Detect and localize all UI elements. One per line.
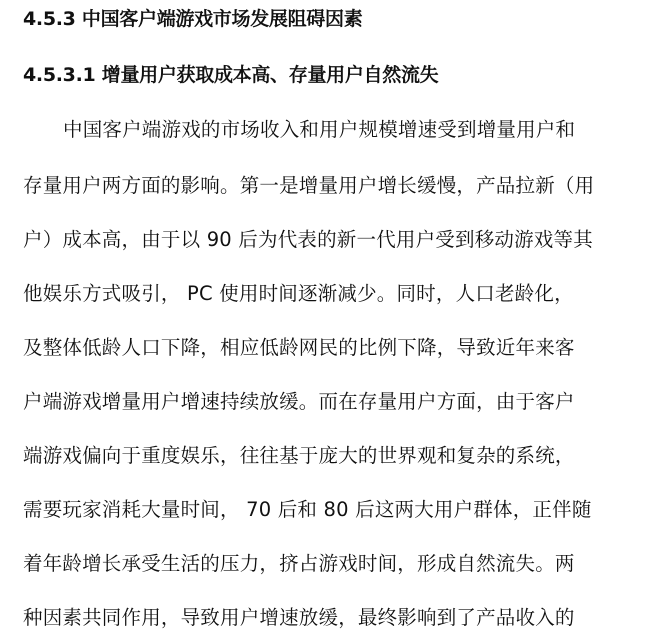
paragraph-line: 户）成本高，由于以 90 后为代表的新一代用户受到移动游戏等其: [23, 227, 593, 253]
paragraph-line: 中国客户端游戏的市场收入和用户规模增速受到增量用户和: [63, 117, 575, 143]
paragraph-line: 着年龄增长承受生活的压力，挤占游戏时间，形成自然流失。两: [23, 551, 575, 577]
paragraph-line: 存量用户两方面的影响。第一是增量用户增长缓慢，产品拉新（用: [23, 173, 594, 199]
document-page: 4.5.3 中国客户端游戏市场发展阻碍因素 4.5.3.1 增量用户获取成本高、…: [0, 0, 650, 635]
subsection-heading: 4.5.3.1 增量用户获取成本高、存量用户自然流失: [23, 62, 438, 88]
section-heading: 4.5.3 中国客户端游戏市场发展阻碍因素: [23, 6, 362, 32]
paragraph-line: 需要玩家消耗大量时间， 70 后和 80 后这两大用户群体，正伴随: [23, 497, 592, 523]
paragraph-line: 他娱乐方式吸引， PC 使用时间逐渐减少。同时，人口老龄化，: [23, 281, 574, 307]
paragraph-line: 种因素共同作用，导致用户增速放缓，最终影响到了产品收入的: [23, 605, 575, 631]
paragraph-line: 及整体低龄人口下降，相应低龄网民的比例下降，导致近年来客: [23, 335, 575, 361]
paragraph-line: 户端游戏增量用户增速持续放缓。而在存量用户方面，由于客户: [23, 389, 575, 415]
paragraph-line: 端游戏偏向于重度娱乐，往往基于庞大的世界观和复杂的系统，: [23, 443, 575, 469]
